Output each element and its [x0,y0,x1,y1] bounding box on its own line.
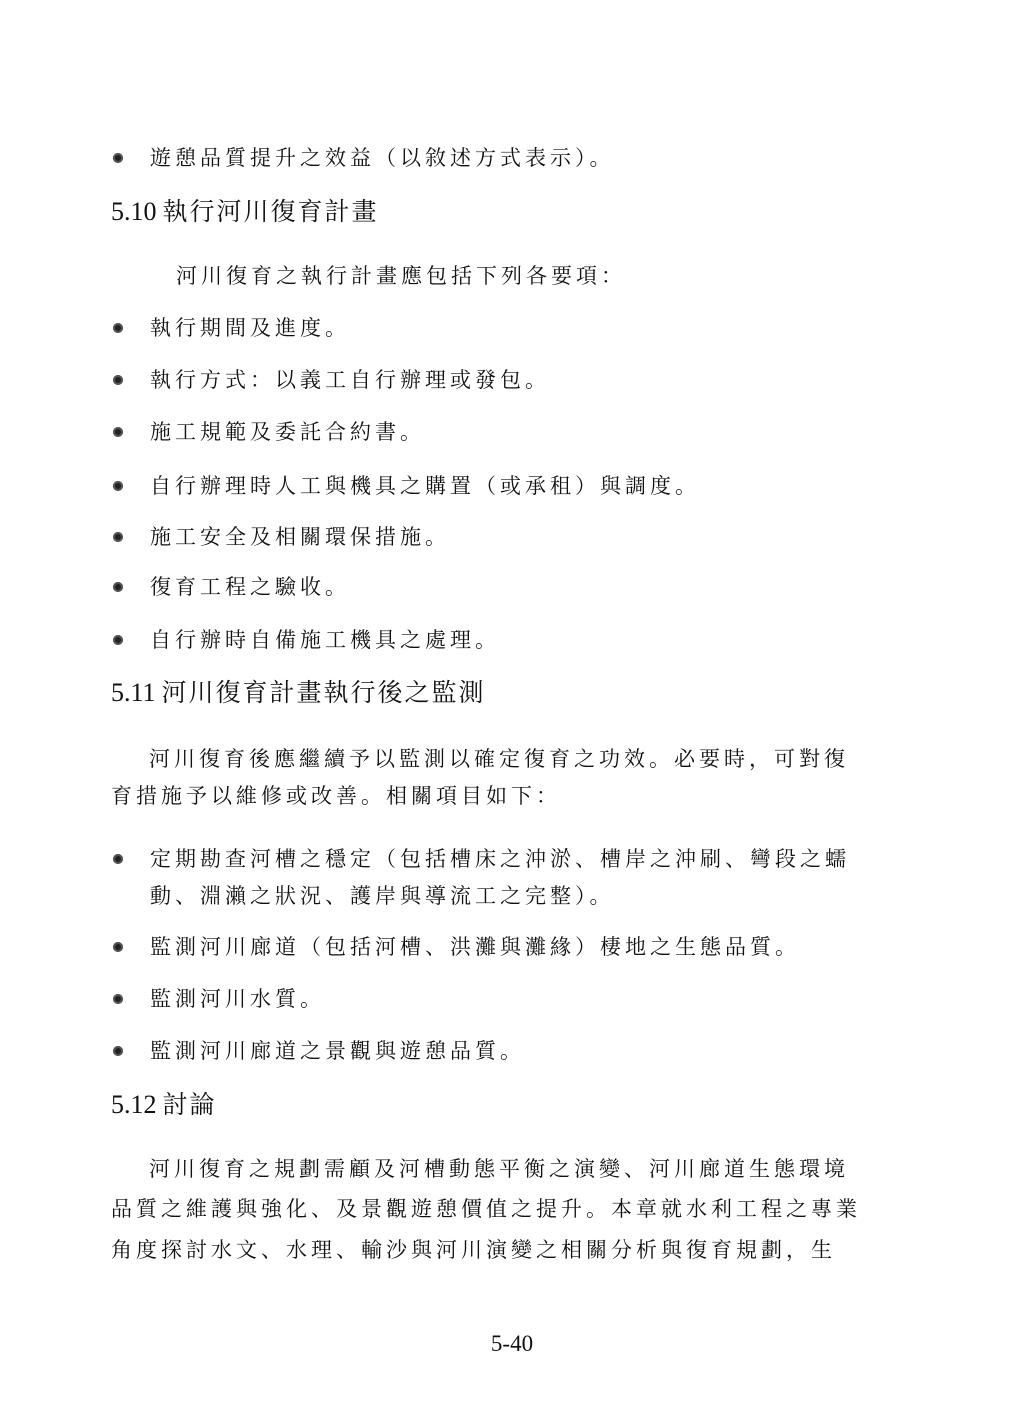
paragraph-line: 河川復育後應繼續予以監測以確定復育之功效。必要時，可對復 [149,745,849,773]
bullet-icon [113,532,123,542]
section-title: 執行河川復育計畫 [163,197,379,226]
section-heading-5-12: 5.12討論 [111,1089,217,1121]
bullet-icon [113,1046,123,1056]
paragraph-line: 角度探討水文、水理、輸沙與河川演變之相關分析與復育規劃，生 [111,1236,836,1264]
list-item-text: 自行辦時自備施工機具之處理。 [150,626,500,654]
bullet-icon [113,153,123,163]
list-item-text: 監測河川廊道（包括河槽、洪灘與灘緣）棲地之生態品質。 [150,933,800,961]
paragraph-line: 河川復育之規劃需顧及河槽動態平衡之演變、河川廊道生態環境 [149,1155,849,1183]
paragraph-line: 品質之維護與強化、及景觀遊憩價值之提升。本章就水利工程之專業 [111,1195,861,1223]
section-title: 討論 [163,1090,217,1119]
bullet-icon [113,942,123,952]
list-item-text: 動、淵瀨之狀況、護岸與導流工之完整）。 [150,882,615,910]
bullet-icon [113,323,123,333]
page-number: 5-40 [0,1330,1024,1358]
bullet-icon [113,427,123,437]
bullet-icon [113,635,123,645]
bullet-icon [113,994,123,1004]
section-intro: 河川復育之執行計畫應包括下列各要項： [176,262,966,290]
list-item-text: 監測河川廊道之景觀與遊憩品質。 [150,1037,525,1065]
list-item-text: 監測河川水質。 [150,985,325,1013]
section-heading-5-10: 5.10執行河川復育計畫 [111,196,379,228]
bullet-icon [113,481,123,491]
section-number: 5.10 [111,197,157,226]
bullet-icon [113,375,123,385]
bullet-icon [113,854,123,864]
list-item-text: 施工規範及委託合約書。 [150,418,425,446]
list-item-text: 施工安全及相關環保措施。 [150,523,450,551]
list-item-text: 復育工程之驗收。 [150,573,350,601]
bullet-icon [113,582,123,592]
section-number: 5.11 [111,678,156,707]
section-heading-5-11: 5.11河川復育計畫執行後之監測 [111,677,486,709]
document-page: 遊憩品質提升之效益（以敘述方式表示）。 5.10執行河川復育計畫 河川復育之執行… [0,0,1024,1427]
section-number: 5.12 [111,1090,157,1119]
list-item-text: 執行期間及進度。 [150,314,350,342]
list-item-text: 執行方式：以義工自行辦理或發包。 [150,366,550,394]
section-title: 河川復育計畫執行後之監測 [162,678,486,707]
list-item-text: 遊憩品質提升之效益（以敘述方式表示）。 [150,144,615,172]
list-item-text: 定期勘查河槽之穩定（包括槽床之沖淤、槽岸之沖刷、彎段之蠕 [150,845,850,873]
list-item-text: 自行辦理時人工與機具之購置（或承租）與調度。 [150,472,700,500]
paragraph-line: 育措施予以維修或改善。相關項目如下： [111,782,561,810]
